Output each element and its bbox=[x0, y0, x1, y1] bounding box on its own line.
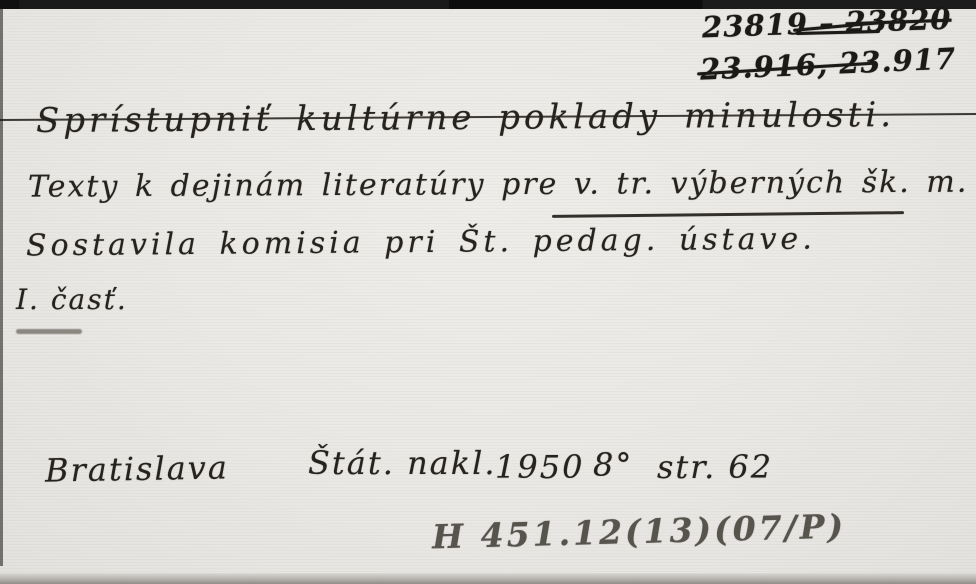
card-bottom-edge bbox=[0, 573, 976, 584]
statement-of-responsibility: Sostavila komisia pri Št. pedag. ústave. bbox=[26, 222, 816, 264]
card-left-edge bbox=[0, 6, 3, 566]
accession-number-line-1: 23819 – 23820 bbox=[701, 2, 952, 45]
accession-struck: 23820 bbox=[845, 2, 952, 40]
subtitle-underlined-segment: tr. výberných šk. m. čt. bbox=[616, 164, 976, 201]
part-statement: I. časť. bbox=[16, 283, 128, 316]
imprint-format: 8° bbox=[593, 446, 633, 484]
card-subtitle: Texty k dejinám literatúry pre v. tr. vý… bbox=[28, 164, 976, 204]
imprint-publisher: Štát. nakl. bbox=[308, 444, 497, 482]
classification-number: H 451.12(13)(07/P) bbox=[432, 507, 847, 557]
accession-rest: , 23.917 bbox=[816, 41, 957, 81]
accession-kept: 23819 – bbox=[701, 6, 835, 45]
subtitle-underline-mark bbox=[552, 211, 904, 218]
imprint-line: Bratislava Štát. nakl. 1950 8° str. 62 bbox=[45, 444, 805, 504]
card-title: Sprístupniť kultúrne poklady minulosti. bbox=[36, 95, 895, 141]
imprint-extent: str. 62 bbox=[657, 448, 773, 486]
imprint-year: 1950 bbox=[495, 448, 584, 486]
catalog-card-scan: 23819 – 23820 23.916, 23.917 Sprístupniť… bbox=[0, 0, 976, 584]
subtitle-prefix: Texty k dejinám literatúry pre v. bbox=[28, 167, 617, 205]
imprint-place: Bratislava bbox=[45, 448, 230, 489]
part-underline-mark bbox=[16, 329, 82, 334]
